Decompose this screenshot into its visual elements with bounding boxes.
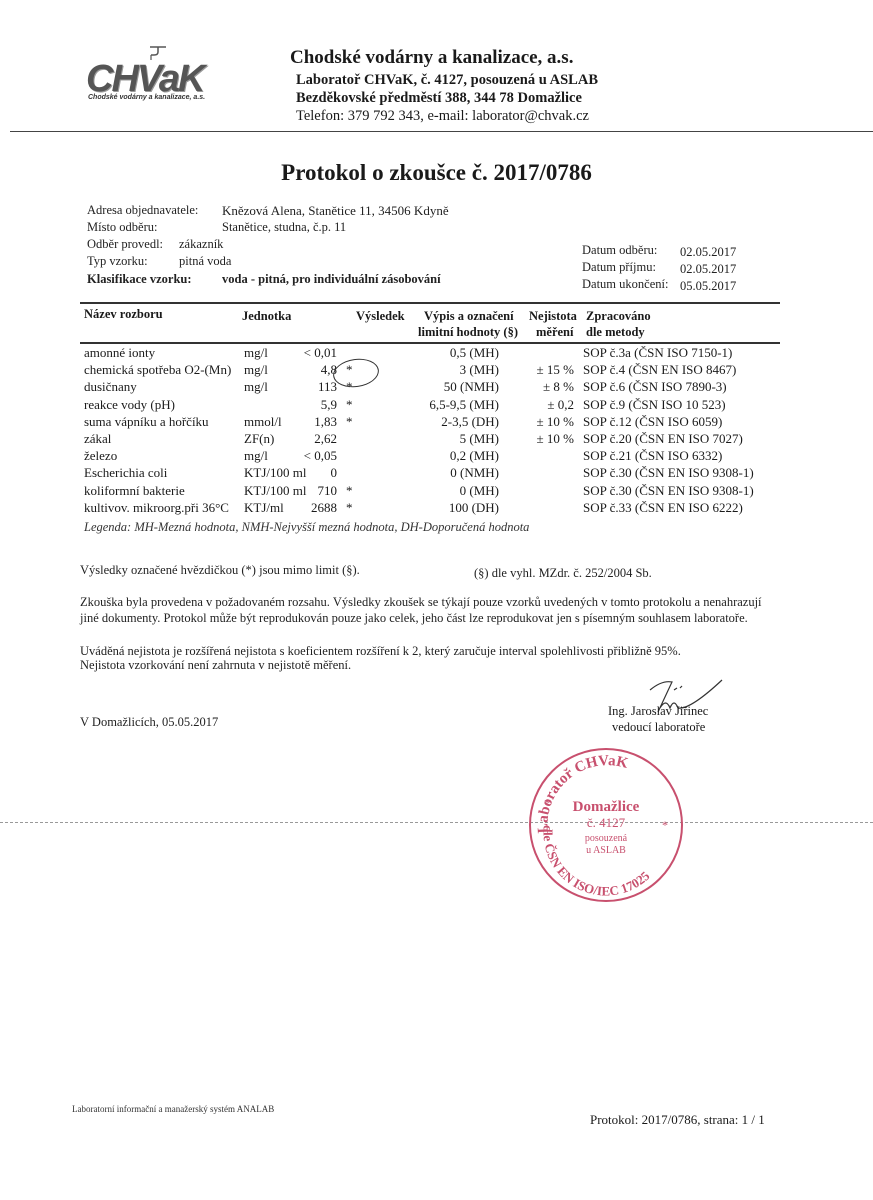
date-completed: 05.05.2017: [680, 279, 736, 294]
cell-result: 2,62: [314, 431, 337, 447]
table-header-rule: [80, 342, 780, 344]
company-logo: CHVaK Chodské vodárny a kanalizace, a.s.: [86, 44, 216, 106]
date-received: 02.05.2017: [680, 262, 736, 277]
signatory-role: vedoucí laboratoře: [612, 720, 705, 735]
cell-result: 0: [331, 465, 338, 481]
svg-text:Domažlice: Domažlice: [573, 799, 640, 815]
cell-uncertainty: ± 8 %: [543, 379, 574, 395]
cell-uncertainty: ± 0,2: [547, 397, 574, 413]
cell-unit: mg/l: [244, 362, 268, 378]
table-row: chemická spotřeba O2-(Mn)mg/l4,8*3 (MH)±…: [84, 362, 784, 379]
footer-page-info: Protokol: 2017/0786, strana: 1 / 1: [590, 1112, 765, 1128]
cell-unit: KTJ/ml: [244, 500, 284, 516]
table-row: Escherichia coliKTJ/100 ml00 (NMH)SOP č.…: [84, 465, 784, 482]
svg-text:*: *: [544, 796, 550, 810]
type-value: pitná voda: [179, 254, 231, 269]
signatory-name: Ing. Jaroslav Jiřinec: [608, 704, 708, 719]
lab-name: Laboratoř CHVaK, č. 4127, posouzená u AS…: [296, 72, 598, 89]
table-row: amonné iontymg/l< 0,010,5 (MH)SOP č.3a (…: [84, 345, 784, 362]
cell-result: 1,83: [314, 414, 337, 430]
table-row: kultivov. mikroorg.při 36°CKTJ/ml2688*10…: [84, 500, 784, 517]
cell-name: suma vápníku a hořčíku: [84, 414, 209, 430]
col-header-uncertainty: Nejistota: [529, 308, 577, 325]
cell-name: Escherichia coli: [84, 465, 167, 481]
client-label: Adresa objednavatele:: [87, 203, 198, 218]
header-divider: [10, 131, 873, 132]
table-row: reakce vody (pH)5,9*6,5-9,5 (MH)± 0,2SOP…: [84, 397, 784, 414]
cell-result: < 0,05: [304, 448, 337, 464]
cell-name: chemická spotřeba O2-(Mn): [84, 362, 231, 378]
cell-uncertainty: ± 10 %: [537, 414, 574, 430]
date-sampled-label: Datum odběru:: [582, 243, 657, 258]
cell-uncertainty: ± 10 %: [537, 431, 574, 447]
cell-name: koliformní bakterie: [84, 483, 185, 499]
table-row: železomg/l< 0,050,2 (MH)SOP č.21 (ČSN IS…: [84, 448, 784, 465]
cell-method: SOP č.4 (ČSN EN ISO 8467): [583, 362, 736, 378]
col-header-method: Zpracováno: [586, 308, 651, 325]
col-header-unit: Jednotka: [242, 308, 291, 325]
table-row: koliformní bakterieKTJ/100 ml710*0 (MH)S…: [84, 483, 784, 500]
table-row: dusičnanymg/l113*50 (NMH)± 8 %SOP č.6 (Č…: [84, 379, 784, 396]
lab-address: Bezděkovské předměstí 388, 344 78 Domažl…: [296, 90, 582, 107]
col-header-uncertainty-2: měření: [536, 324, 573, 341]
table-top-rule: [80, 302, 780, 304]
cell-uncertainty: ± 15 %: [537, 362, 574, 378]
cell-limit: 6,5-9,5 (MH): [429, 397, 499, 413]
lab-stamp: Laboratoř CHVaK dle ČSN EN ISO/IEC 17025…: [526, 745, 686, 905]
regulation-note: (§) dle vyhl. MZdr. č. 252/2004 Sb.: [474, 566, 652, 581]
client-value: Knězová Alena, Stanětice 11, 34506 Kdyně: [222, 203, 449, 219]
cell-limit: 0 (NMH): [450, 465, 499, 481]
place-date: V Domažlicích, 05.05.2017: [80, 715, 218, 730]
svg-text:posouzená: posouzená: [585, 833, 628, 844]
uncertainty-note: Uváděná nejistota je rozšířená nejistota…: [80, 644, 681, 659]
footer-system: Laboratorní informační a manažerský syst…: [72, 1104, 274, 1114]
col-header-limit: Výpis a označení: [424, 308, 514, 325]
cell-name: kultivov. mikroorg.při 36°C: [84, 500, 229, 516]
cell-name: dusičnany: [84, 379, 137, 395]
table-row: suma vápníku a hořčíkummol/l1,83*2-3,5 (…: [84, 414, 784, 431]
cell-flag: *: [346, 397, 353, 413]
cell-limit: 0 (MH): [460, 483, 499, 499]
cell-method: SOP č.33 (ČSN EN ISO 6222): [583, 500, 743, 516]
table-legend: Legenda: MH-Mezná hodnota, NMH-Nejvyšší …: [84, 520, 529, 535]
cell-limit: 0,2 (MH): [450, 448, 499, 464]
cell-method: SOP č.30 (ČSN EN ISO 9308-1): [583, 465, 754, 481]
cell-limit: 0,5 (MH): [450, 345, 499, 361]
place-label: Místo odběru:: [87, 220, 157, 235]
cell-result: 113: [318, 379, 337, 395]
sampler-value: zákazník: [179, 237, 223, 252]
cell-unit: ZF(n): [244, 431, 274, 447]
date-sampled: 02.05.2017: [680, 245, 736, 260]
cell-unit: mg/l: [244, 345, 268, 361]
cell-method: SOP č.9 (ČSN ISO 10 523): [583, 397, 726, 413]
cell-method: SOP č.20 (ČSN EN ISO 7027): [583, 431, 743, 447]
cell-limit: 100 (DH): [449, 500, 499, 516]
cell-name: reakce vody (pH): [84, 397, 175, 413]
cell-method: SOP č.30 (ČSN EN ISO 9308-1): [583, 483, 754, 499]
cell-limit: 5 (MH): [460, 431, 499, 447]
cell-unit: mmol/l: [244, 414, 282, 430]
cell-flag: *: [346, 414, 353, 430]
cell-result: 2688: [311, 500, 337, 516]
table-row: zákalZF(n)2,625 (MH)± 10 %SOP č.20 (ČSN …: [84, 431, 784, 448]
date-received-label: Datum příjmu:: [582, 260, 656, 275]
scope-paragraph: Zkouška byla provedena v požadovaném roz…: [80, 594, 780, 626]
cell-name: amonné ionty: [84, 345, 155, 361]
cell-name: železo: [84, 448, 117, 464]
cell-result: 5,9: [321, 397, 337, 413]
svg-text:č. 4127: č. 4127: [587, 815, 626, 830]
cell-unit: mg/l: [244, 379, 268, 395]
col-header-result: Výsledek: [356, 308, 405, 325]
type-label: Typ vzorku:: [87, 254, 148, 269]
scan-fold-line: [0, 822, 873, 824]
cell-flag: *: [346, 483, 353, 499]
cell-limit: 50 (NMH): [444, 379, 499, 395]
cell-name: zákal: [84, 431, 111, 447]
class-value: voda - pitná, pro individuální zásobován…: [222, 272, 441, 287]
cell-unit: KTJ/100 ml: [244, 483, 306, 499]
cell-result: 710: [318, 483, 338, 499]
col-header-method-2: dle metody: [586, 324, 645, 341]
place-value: Stanětice, studna, č.p. 11: [222, 220, 346, 235]
cell-method: SOP č.21 (ČSN ISO 6332): [583, 448, 722, 464]
col-header-limit-2: limitní hodnoty (§): [418, 324, 518, 341]
cell-method: SOP č.12 (ČSN ISO 6059): [583, 414, 722, 430]
asterisk-note: Výsledky označené hvězdičkou (*) jsou mi…: [80, 563, 360, 578]
cell-unit: KTJ/100 ml: [244, 465, 306, 481]
class-label: Klasifikace vzorku:: [87, 272, 192, 287]
sampler-label: Odběr provedl:: [87, 237, 163, 252]
cell-method: SOP č.6 (ČSN ISO 7890-3): [583, 379, 727, 395]
lab-contact: Telefon: 379 792 343, e-mail: laborator@…: [296, 108, 589, 125]
page-title: Protokol o zkoušce č. 2017/0786: [0, 160, 873, 186]
sampling-uncertainty-note: Nejistota vzorkování není zahrnuta v nej…: [80, 658, 351, 673]
date-completed-label: Datum ukončení:: [582, 277, 668, 292]
company-name: Chodské vodárny a kanalizace, a.s.: [290, 47, 573, 69]
cell-result: < 0,01: [304, 345, 337, 361]
cell-limit: 3 (MH): [460, 362, 499, 378]
cell-unit: mg/l: [244, 448, 268, 464]
cell-limit: 2-3,5 (DH): [441, 414, 499, 430]
cell-flag: *: [346, 500, 353, 516]
svg-text:*: *: [662, 818, 668, 832]
col-header-name: Název rozboru: [84, 306, 163, 323]
cell-method: SOP č.3a (ČSN ISO 7150-1): [583, 345, 732, 361]
svg-text:u ASLAB: u ASLAB: [586, 845, 626, 856]
logo-subtitle: Chodské vodárny a kanalizace, a.s.: [88, 94, 205, 101]
